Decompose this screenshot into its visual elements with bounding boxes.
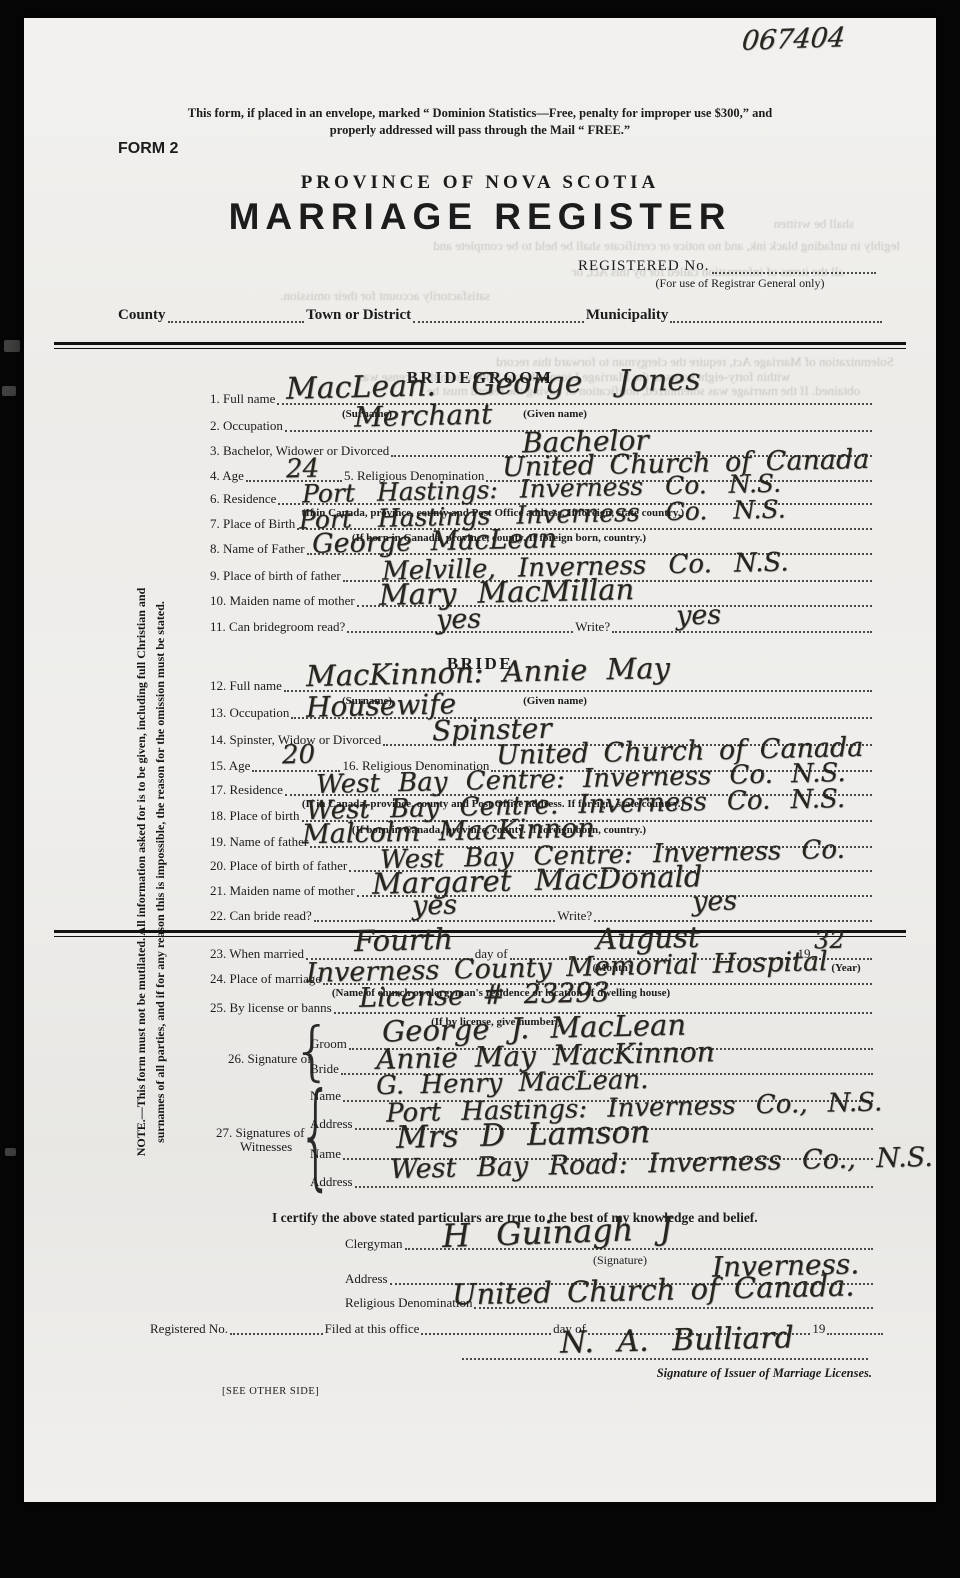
province-title: PROVINCE OF NOVA SCOTIA xyxy=(24,172,936,194)
mail-note-line1: This form, if placed in an envelope, mar… xyxy=(24,106,936,121)
clergyman-label: Clergyman xyxy=(345,1237,403,1250)
registered-label: Registered No. xyxy=(150,1322,228,1335)
scanned-document: shall be written legibly in unfading bla… xyxy=(0,0,960,1578)
field-7-label: 7. Place of Birth xyxy=(210,517,295,530)
field-8-label: 8. Name of Father xyxy=(210,542,305,555)
clergyman-signature: H Guinagh J xyxy=(442,1212,673,1252)
dotted-line xyxy=(712,271,877,274)
field-15-value: 20 xyxy=(282,742,316,769)
registered-no-note: (For use of Registrar General only) xyxy=(656,276,825,291)
filed-label: Filed at this office xyxy=(325,1322,420,1335)
page-title: MARRIAGE REGISTER xyxy=(24,196,936,238)
field-25-value: License # 23293 xyxy=(359,979,610,1012)
section-divider xyxy=(54,342,906,349)
field-4-label: 4. Age xyxy=(210,469,244,482)
dotted-line xyxy=(670,320,882,323)
field-1-label: 1. Full name xyxy=(210,392,275,405)
sidebar-note-line1: NOTE.—This form must not be mutilated. A… xyxy=(132,538,151,1206)
dotted-line xyxy=(168,320,305,323)
town-district-label: Town or District xyxy=(306,308,411,323)
field-11-row: 11. Can bridegroom read? Write? xyxy=(210,617,874,633)
field-12-value: MacKinnon: Annie May xyxy=(306,654,671,691)
scan-artifact xyxy=(4,340,20,352)
field-27-label: 27. Signatures of xyxy=(216,1126,304,1139)
field-10-value: Mary MacMillan xyxy=(379,575,635,610)
field-17-label: 17. Residence xyxy=(210,783,283,796)
issuer-note: Signature of Issuer of Marriage Licenses… xyxy=(580,1366,872,1381)
scan-artifact xyxy=(2,386,16,396)
county-row: County Town or District Municipality xyxy=(118,304,884,323)
bleed-through-line: satisfactorily account for their omissio… xyxy=(90,288,490,304)
form-paper: shall be written legibly in unfading bla… xyxy=(24,18,936,1502)
field-21-label: 21. Maiden name of mother xyxy=(210,884,355,897)
address-label: Address xyxy=(310,1117,353,1130)
field-13-label: 13. Occupation xyxy=(210,706,289,719)
signature-note: (Signature) xyxy=(593,1253,647,1268)
field-11-read-value: yes xyxy=(436,605,482,633)
field-2-value: Merchant xyxy=(354,400,493,431)
field-23-label: 23. When married xyxy=(210,947,304,960)
serial-number: 067404 xyxy=(741,24,847,55)
field-22-label: 22. Can bride read? xyxy=(210,909,312,922)
dotted-line xyxy=(413,320,584,323)
field-20-label: 20. Place of birth of father xyxy=(210,859,347,872)
field-22-row: 22. Can bride read? Write? xyxy=(210,906,874,922)
scan-artifact xyxy=(5,1148,16,1156)
field-6-label: 6. Residence xyxy=(210,492,276,505)
section-divider xyxy=(54,930,906,937)
field-2-label: 2. Occupation xyxy=(210,419,283,432)
county-label: County xyxy=(118,308,166,323)
year-prefix: 19 xyxy=(812,1322,825,1335)
field-11-write-label: Write? xyxy=(575,620,610,633)
dotted-line xyxy=(230,1332,323,1335)
name-label: Name xyxy=(310,1089,341,1102)
field-22-write-value: yes xyxy=(692,887,738,915)
field-24-label: 24. Place of marriage xyxy=(210,972,321,985)
issuer-signature: N. A. Bulliard xyxy=(560,1323,794,1358)
field-9-label: 9. Place of birth of father xyxy=(210,569,341,582)
field-15-label: 15. Age xyxy=(210,759,250,772)
registered-no-label: REGISTERED No. xyxy=(578,259,710,274)
municipality-label: Municipality xyxy=(586,308,669,323)
field-25-label: 25. By license or banns xyxy=(210,1001,332,1014)
field-22-read-value: yes xyxy=(412,891,458,919)
groom-label: Groom xyxy=(310,1037,347,1050)
field-11-write-value: yes xyxy=(676,601,722,629)
field-18-label: 18. Place of birth xyxy=(210,809,300,822)
field-23-day-value: Fourth xyxy=(354,925,454,956)
sidebar-note: NOTE.—This form must not be mutilated. A… xyxy=(132,538,176,1206)
field-10-label: 10. Maiden name of mother xyxy=(210,594,355,607)
address-label: Address xyxy=(310,1175,353,1188)
field-12-label: 12. Full name xyxy=(210,679,282,692)
sidebar-note-line2: surnames of all parties, and if for any … xyxy=(151,538,170,1206)
dotted-line xyxy=(421,1332,551,1335)
bleed-through-line: legibly in unfading black ink, and no no… xyxy=(90,238,900,254)
registered-no-row: REGISTERED No. xyxy=(578,256,878,274)
form-number-label: FORM 2 xyxy=(118,140,178,158)
field-22-write-label: Write? xyxy=(557,909,592,922)
dotted-line xyxy=(827,1332,883,1335)
dotted-line xyxy=(612,630,872,633)
field-19-label: 19. Name of father xyxy=(210,835,308,848)
dotted-line xyxy=(355,1185,873,1188)
see-other-side-note: [SEE OTHER SIDE] xyxy=(222,1386,319,1397)
field-27-label-line2: Witnesses xyxy=(240,1140,292,1153)
name-label: Name xyxy=(310,1147,341,1160)
field-11-label: 11. Can bridegroom read? xyxy=(210,620,345,633)
mail-note-line2: properly addressed will pass through the… xyxy=(24,123,936,138)
address-label: Address xyxy=(345,1272,388,1285)
